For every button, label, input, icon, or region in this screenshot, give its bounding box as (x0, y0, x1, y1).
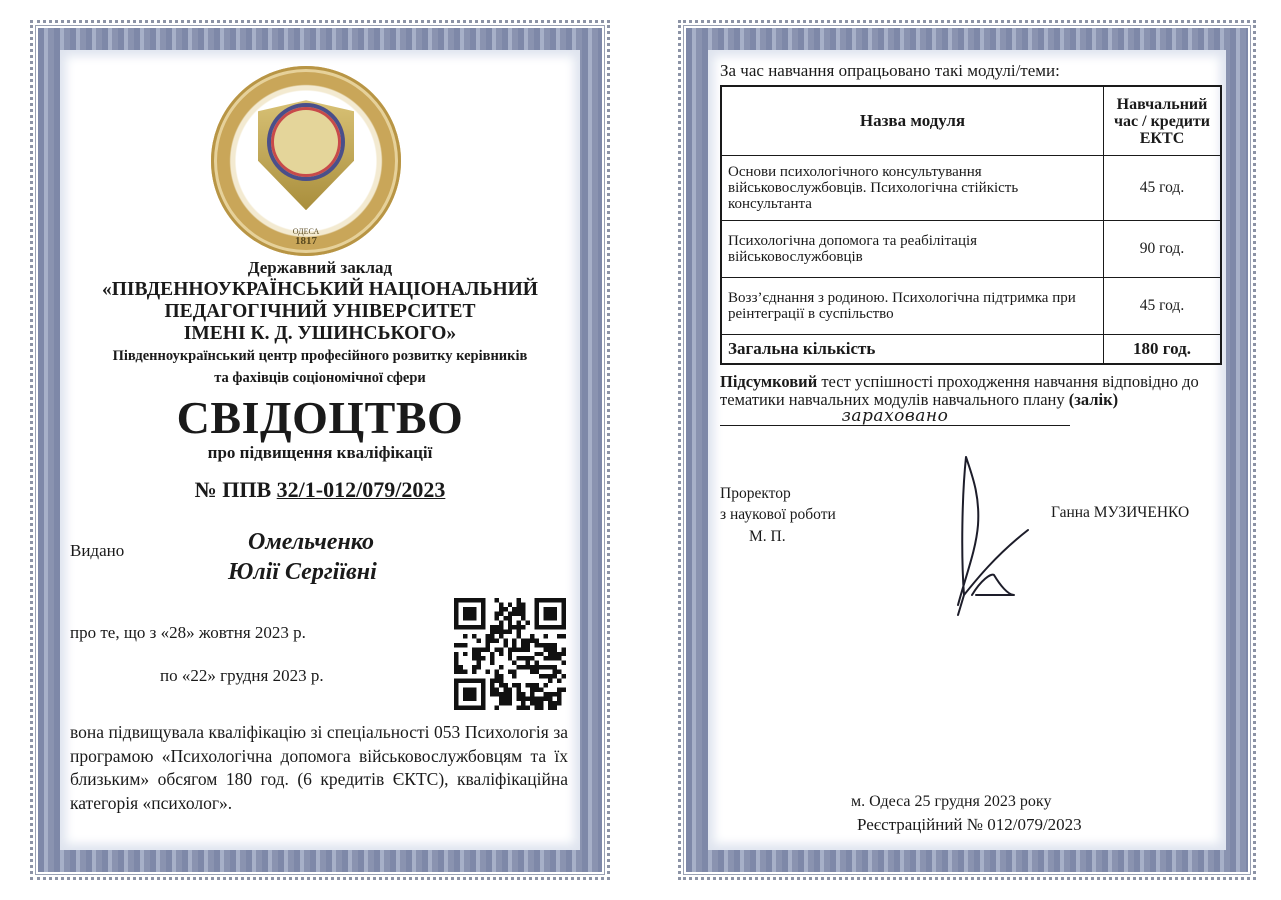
module-hours: 45 год. (1104, 156, 1222, 221)
document-subtitle: про підвищення кваліфікації (33, 443, 607, 463)
signer-name: Ганна МУЗИЧЕНКО (1051, 504, 1189, 522)
institution-name-line: «ПІВДЕННОУКРАЇНСЬКИЙ НАЦІОНАЛЬНИЙ (33, 279, 607, 301)
module-name: Психологічна допомога та реабілітація ві… (721, 221, 1104, 278)
signature-icon (936, 455, 1056, 625)
module-name: Основи психологічного консультування вій… (721, 156, 1104, 221)
center-name: Південноукраїнський центр професійного р… (33, 345, 607, 389)
institution-name: «ПІВДЕННОУКРАЇНСЬКИЙ НАЦІОНАЛЬНИЙ ПЕДАГО… (33, 279, 607, 345)
certificate-back-page: За час навчання опрацьовано такі модулі/… (678, 20, 1256, 880)
center-name-line: та фахівців соціономічної сфери (33, 367, 607, 389)
module-hours: 45 год. (1104, 278, 1222, 335)
table-row: Основи психологічного консультування вій… (721, 156, 1221, 221)
module-hours: 90 год. (1104, 221, 1222, 278)
final-test-statement: Підсумковий тест успішності проходження … (720, 373, 1220, 428)
total-label: Загальна кількість (721, 335, 1104, 365)
column-header-hours: Навчальний час / кредити ЕКТС (1104, 86, 1222, 156)
stamp-place: М. П. (749, 528, 786, 546)
column-header-module: Назва модуля (721, 86, 1104, 156)
signer-title-line: з наукової роботи (720, 504, 836, 525)
table-header-row: Назва модуля Навчальний час / кредити ЕК… (721, 86, 1221, 156)
modules-intro: За час навчання опрацьовано такі модулі/… (720, 61, 1060, 81)
final-test-form: (залік) (1069, 390, 1118, 409)
certificate-number: № ППВ 32/1-012/079/2023 (33, 477, 607, 503)
date-to: по «22» грудня 2023 р. (160, 666, 324, 686)
certificate-body-text: вона підвищувала кваліфікацію зі спеціал… (70, 721, 568, 815)
table-row: Психологічна допомога та реабілітація ві… (721, 221, 1221, 278)
university-seal-icon: ОДЕСА 1817 (211, 66, 401, 256)
qr-code-icon (454, 598, 566, 710)
signer-title: Проректор з наукової роботи (720, 483, 836, 525)
issued-label: Видано (70, 541, 124, 561)
final-test-result: зараховано (842, 406, 949, 426)
certificate-front-page: ОДЕСА 1817 Державний заклад «ПІВДЕННОУКР… (30, 20, 610, 880)
signer-title-line: Проректор (720, 483, 836, 504)
final-test-result-line: зараховано (720, 407, 1070, 426)
recipient-surname: Омельченко (248, 529, 374, 556)
modules-table: Назва модуля Навчальний час / кредити ЕК… (720, 85, 1222, 365)
center-name-line: Південноукраїнський центр професійного р… (33, 345, 607, 367)
certificate-number-value: 32/1-012/079/2023 (277, 477, 446, 502)
total-value: 180 год. (1104, 335, 1222, 365)
date-from: про те, що з «28» жовтня 2023 р. (70, 623, 306, 643)
institution-type: Державний заклад (33, 258, 607, 278)
table-row: Возз’єднання з родиною. Психологічна під… (721, 278, 1221, 335)
recipient-given-name: Юлії Сергіївні (228, 559, 377, 586)
final-test-lead: Підсумковий (720, 372, 817, 391)
seal-year: 1817 (211, 235, 401, 247)
institution-name-line: ІМЕНІ К. Д. УШИНСЬКОГО» (33, 323, 607, 345)
certificate-number-prefix: № ППВ (195, 477, 272, 502)
emblem-ring-icon (267, 103, 345, 181)
document-title: СВІДОЦТВО (33, 391, 607, 444)
place-and-date: м. Одеса 25 грудня 2023 року (851, 793, 1051, 811)
table-total-row: Загальна кількість 180 год. (721, 335, 1221, 365)
module-name: Возз’єднання з родиною. Психологічна під… (721, 278, 1104, 335)
registration-number: Реєстраційний № 012/079/2023 (857, 815, 1082, 835)
institution-name-line: ПЕДАГОГІЧНИЙ УНІВЕРСИТЕТ (33, 301, 607, 323)
